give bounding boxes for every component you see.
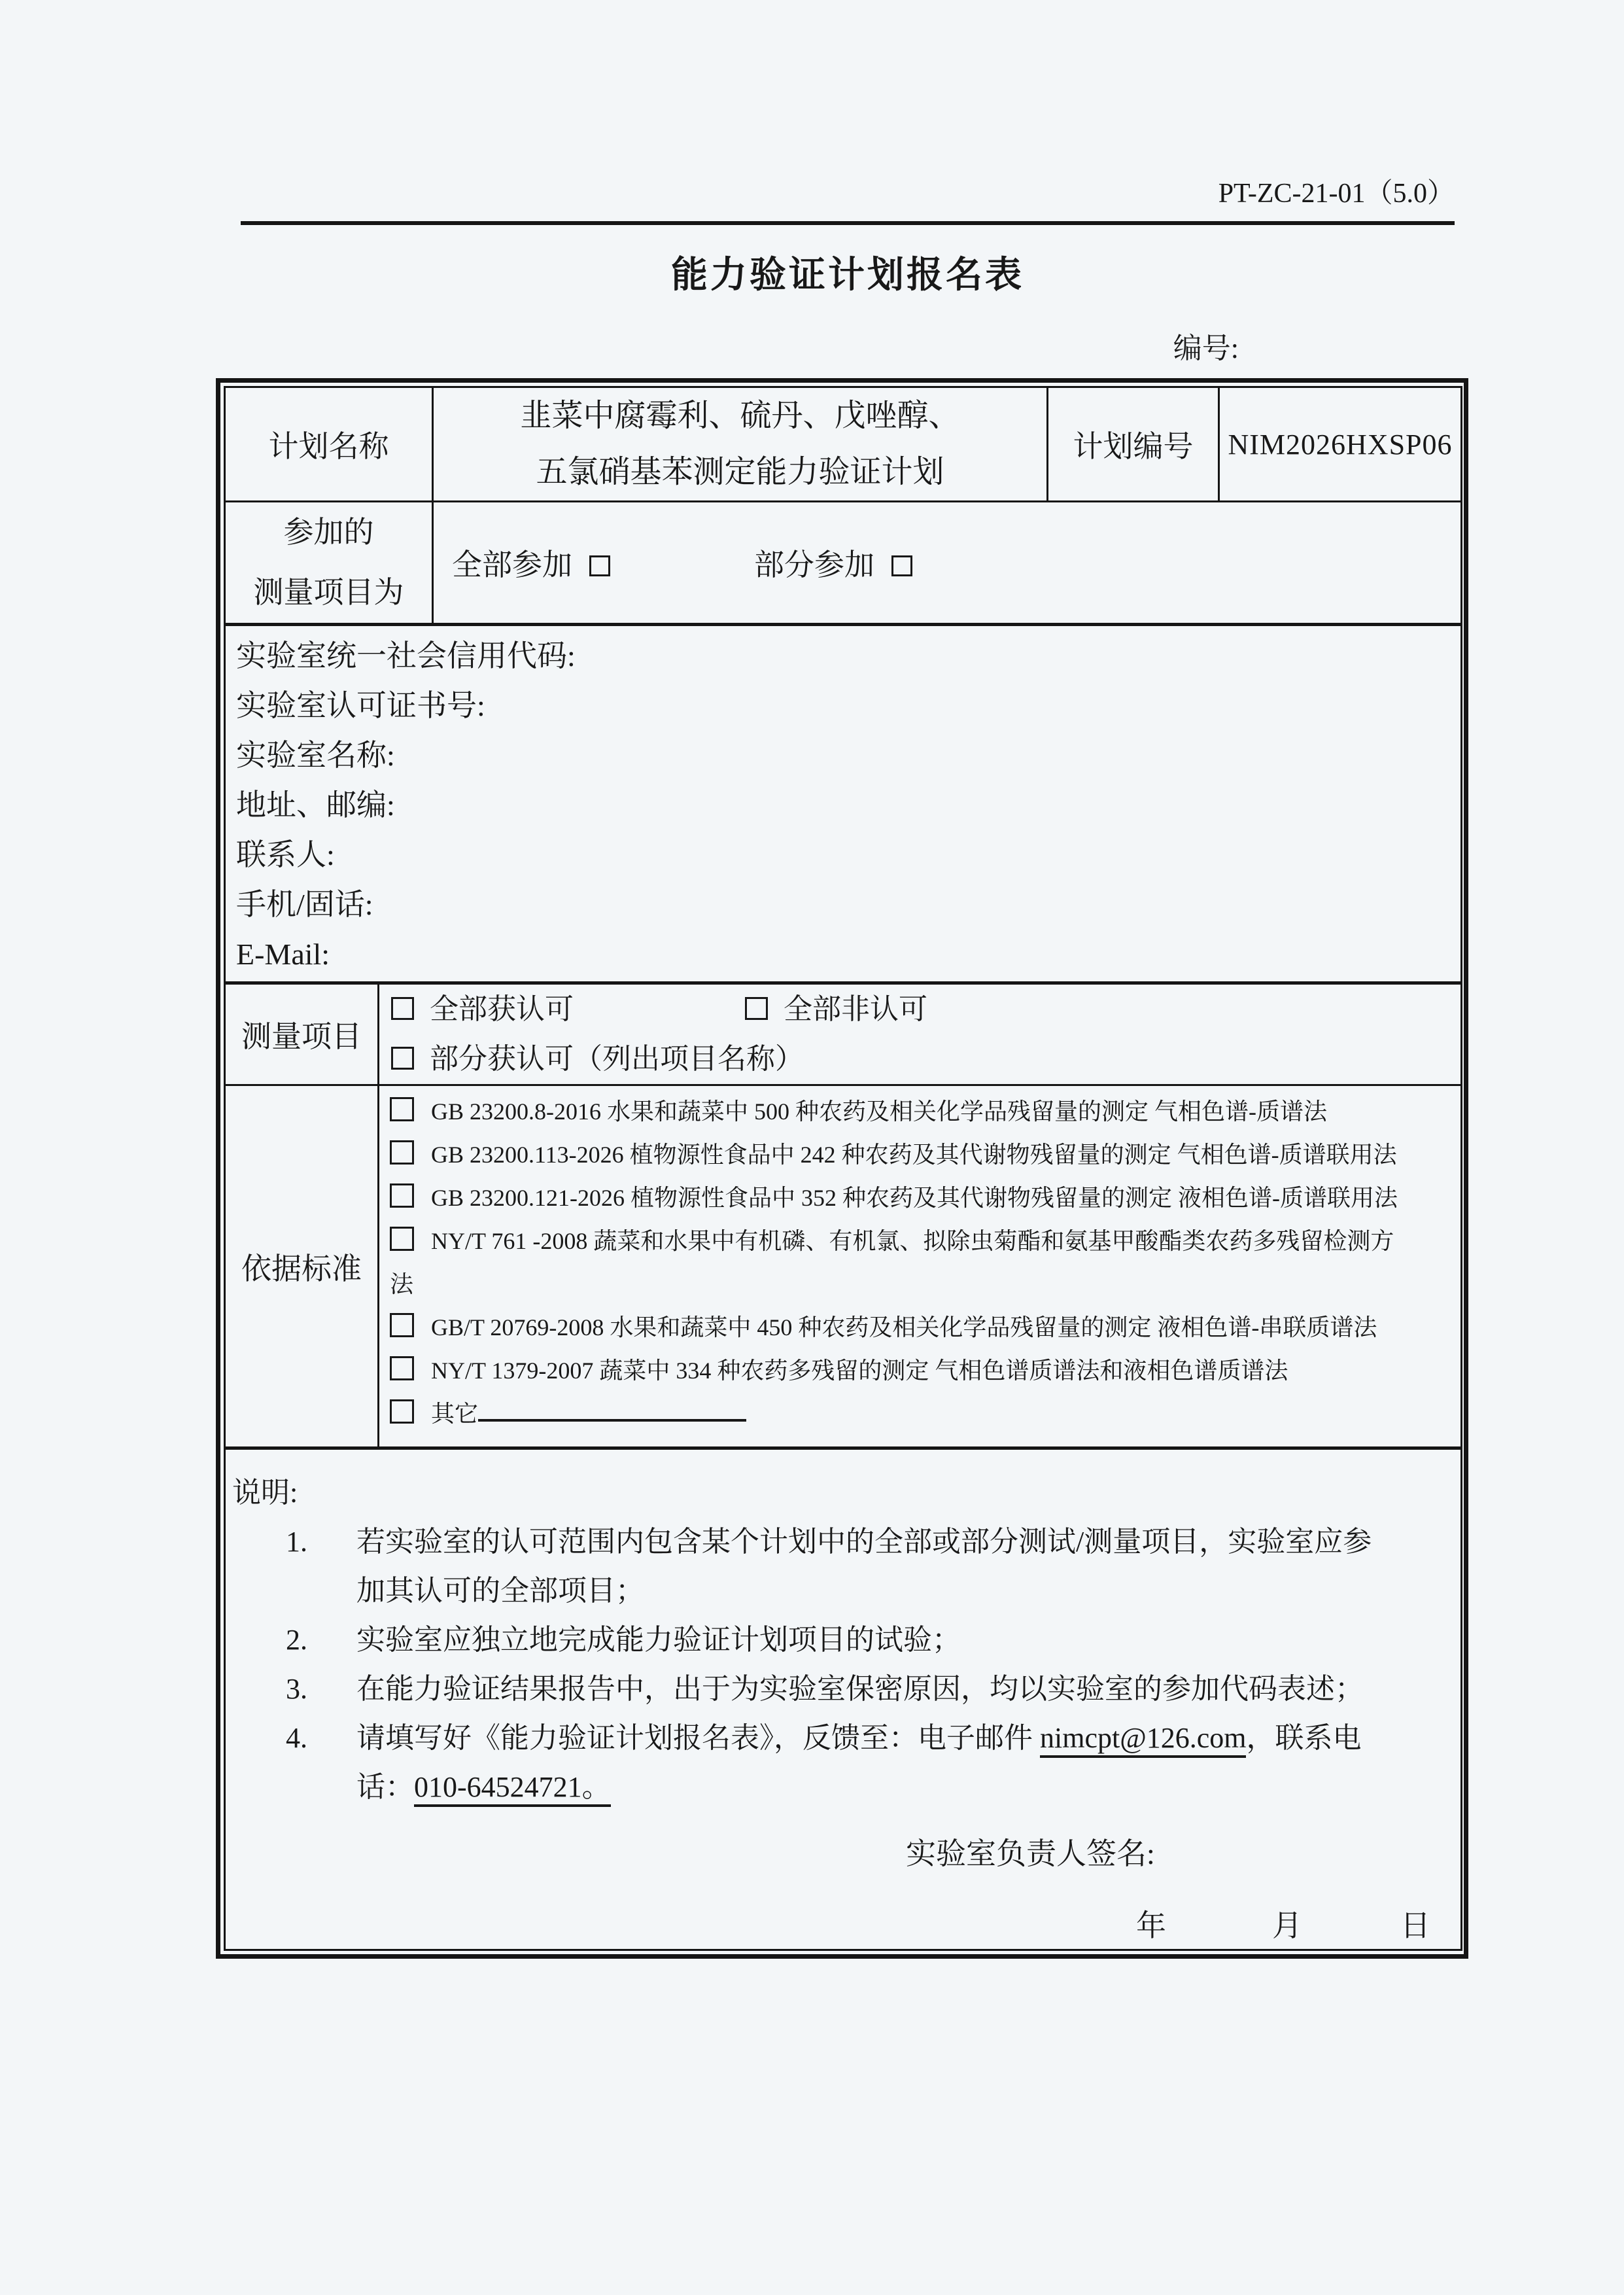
standards-label: 依据标准 xyxy=(225,1085,379,1448)
standard-other-checkbox[interactable] xyxy=(390,1399,414,1424)
participation-label-line1: 参加的 xyxy=(226,502,432,563)
date-year-label: 年 xyxy=(1136,1909,1166,1942)
standard-5-text: GB/T 20769-2008 水果和蔬菜中 450 种农药及相关化学品残留量的… xyxy=(431,1314,1377,1340)
participation-label-line2: 测量项目为 xyxy=(226,563,432,623)
none-accredited-label: 全部非认可 xyxy=(784,993,927,1025)
note-3-text: 在能力验证结果报告中，出于为实验室保密原因，均以实验室的参加代码表述； xyxy=(356,1664,1445,1713)
lab-info-cell: 实验室统一社会信用代码: 实验室认可证书号: 实验室名称: 地址、邮编: 联系人… xyxy=(225,625,1462,983)
note-4-line1: 请填写好《能力验证计划报名表》，反馈至：电子邮件 nimcpt@126.com，… xyxy=(356,1713,1445,1762)
page-title: 能力验证计划报名表 xyxy=(241,246,1455,298)
note-2-text: 实验室应独立地完成能力验证计划项目的试验； xyxy=(356,1615,1445,1664)
note-2-number: 2. xyxy=(286,1615,307,1664)
standard-2-checkbox[interactable] xyxy=(390,1140,414,1165)
plan-number-label: 计划编号 xyxy=(1048,387,1219,502)
standard-4-text-wrap: 法 xyxy=(390,1263,1447,1306)
note-1-line1: 若实验室的认可范围内包含某个计划中的全部或部分测试/测量项目，实验室应参 xyxy=(356,1517,1445,1566)
standard-item: NY/T 761 -2008 蔬菜和水果中有机磷、有机氯、拟除虫菊酯和氨基甲酸酯… xyxy=(390,1219,1447,1263)
none-accredited-option: 全部非认可 xyxy=(745,993,927,1025)
standard-item: GB 23200.121-2026 植物源性食品中 352 种农药及其代谢物残留… xyxy=(390,1176,1447,1219)
note-1-number: 1. xyxy=(286,1517,307,1566)
standard-other-label: 其它 xyxy=(431,1401,478,1427)
standard-4-checkbox[interactable] xyxy=(390,1227,414,1251)
standard-5-checkbox[interactable] xyxy=(390,1313,414,1337)
note-1-line2: 加其认可的全部项目； xyxy=(356,1566,1445,1615)
date-day-label: 日 xyxy=(1400,1909,1430,1942)
participate-all-option: 全部参加 xyxy=(452,541,754,584)
lab-name-field: 实验室名称: xyxy=(236,731,1447,780)
plan-name-label: 计划名称 xyxy=(225,387,433,502)
note-4-line1-post: ，联系电 xyxy=(1246,1722,1361,1754)
participation-label: 参加的 测量项目为 xyxy=(225,502,433,625)
all-accredited-option: 全部获认可 xyxy=(391,985,745,1034)
note-item-1: 1. 若实验室的认可范围内包含某个计划中的全部或部分测试/测量项目，实验室应参 … xyxy=(232,1517,1445,1615)
standard-1-checkbox[interactable] xyxy=(390,1097,414,1121)
note-4-line1-pre: 请填写好《能力验证计划报名表》，反馈至：电子邮件 xyxy=(356,1722,1040,1754)
doc-code: PT-ZC-21-01（5.0） xyxy=(241,171,1455,211)
standard-3-checkbox[interactable] xyxy=(390,1183,414,1208)
participate-partial-label: 部分参加 xyxy=(754,548,874,582)
measurement-items-label: 测量项目 xyxy=(225,983,379,1085)
standard-other-item: 其它 xyxy=(390,1392,1447,1435)
partial-accredited-checkbox[interactable] xyxy=(391,1047,414,1070)
note-item-3: 3. 在能力验证结果报告中，出于为实验室保密原因，均以实验室的参加代码表述； xyxy=(232,1664,1445,1713)
notes-heading: 说明: xyxy=(232,1468,1445,1517)
email-text: nimcpt@126.com xyxy=(1040,1722,1246,1758)
lab-address-field: 地址、邮编: xyxy=(236,780,1447,830)
date-line: 年月日 xyxy=(232,1903,1445,1949)
registration-form-table: 计划名称 韭菜中腐霉利、硫丹、戊唑醇、 五氯硝基苯测定能力验证计划 计划编号 N… xyxy=(216,378,1468,1959)
date-month-label: 月 xyxy=(1272,1909,1302,1942)
standard-6-text: NY/T 1379-2007 蔬菜中 334 种农药多残留的测定 气相色谱质谱法… xyxy=(431,1358,1288,1384)
note-4-line2: 话：010-64524721。 xyxy=(356,1762,1445,1812)
participation-options-cell: 全部参加部分参加 xyxy=(433,502,1462,625)
signature-label: 实验室负责人签名: xyxy=(232,1831,1445,1877)
participate-partial-option: 部分参加 xyxy=(754,541,912,584)
standard-item: GB 23200.113-2026 植物源性食品中 242 种农药及其代谢物残留… xyxy=(390,1133,1447,1176)
phone-text: 010-64524721。 xyxy=(414,1771,611,1807)
lab-accreditation-cert-field: 实验室认可证书号: xyxy=(236,681,1447,731)
plan-name-line2: 五氯硝基苯测定能力验证计划 xyxy=(434,444,1046,500)
standard-item: NY/T 1379-2007 蔬菜中 334 种农药多残留的测定 气相色谱质谱法… xyxy=(390,1349,1447,1392)
none-accredited-checkbox[interactable] xyxy=(745,997,768,1020)
plan-name-line1: 韭菜中腐霉利、硫丹、戊唑醇、 xyxy=(434,388,1046,444)
standard-6-checkbox[interactable] xyxy=(390,1356,414,1380)
plan-name-cell: 韭菜中腐霉利、硫丹、戊唑醇、 五氯硝基苯测定能力验证计划 xyxy=(433,387,1048,502)
standards-list-cell: GB 23200.8-2016 水果和蔬菜中 500 种农药及相关化学品残留量的… xyxy=(379,1085,1462,1448)
standard-4-text: NY/T 761 -2008 蔬菜和水果中有机磷、有机氯、拟除虫菊酯和氨基甲酸酯… xyxy=(431,1228,1394,1254)
notes-cell: 说明: 1. 若实验室的认可范围内包含某个计划中的全部或部分测试/测量项目，实验… xyxy=(225,1448,1462,1950)
number-label: 编号: xyxy=(241,324,1239,366)
participate-all-checkbox[interactable] xyxy=(589,555,610,576)
standard-item: GB/T 20769-2008 水果和蔬菜中 450 种农药及相关化学品残留量的… xyxy=(390,1306,1447,1349)
participate-partial-checkbox[interactable] xyxy=(891,555,912,576)
lab-email-field: E-Mail: xyxy=(236,930,1447,979)
partial-accredited-label: 部分获认可（列出项目名称） xyxy=(430,1043,804,1075)
note-item-4: 4. 请填写好《能力验证计划报名表》，反馈至：电子邮件 nimcpt@126.c… xyxy=(232,1713,1445,1812)
standard-other-blank-line[interactable] xyxy=(478,1393,746,1422)
plan-number-value: NIM2026HXSP06 xyxy=(1219,387,1462,502)
note-4-number: 4. xyxy=(286,1713,307,1762)
standard-2-text: GB 23200.113-2026 植物源性食品中 242 种农药及其代谢物残留… xyxy=(431,1142,1397,1168)
lab-credit-code-field: 实验室统一社会信用代码: xyxy=(236,631,1447,681)
lab-phone-field: 手机/固话: xyxy=(236,880,1447,930)
all-accredited-checkbox[interactable] xyxy=(391,997,414,1020)
note-item-2: 2. 实验室应独立地完成能力验证计划项目的试验； xyxy=(232,1615,1445,1664)
note-4-line2-pre: 话： xyxy=(356,1771,414,1803)
lab-contact-field: 联系人: xyxy=(236,830,1447,880)
measurement-options-cell: 全部获认可全部非认可 部分获认可（列出项目名称） xyxy=(379,983,1462,1085)
all-accredited-label: 全部获认可 xyxy=(430,993,574,1025)
standard-3-text: GB 23200.121-2026 植物源性食品中 352 种农药及其代谢物残留… xyxy=(431,1185,1398,1211)
standard-1-text: GB 23200.8-2016 水果和蔬菜中 500 种农药及相关化学品残留量的… xyxy=(431,1098,1327,1125)
standard-item: GB 23200.8-2016 水果和蔬菜中 500 种农药及相关化学品残留量的… xyxy=(390,1090,1447,1133)
document-page: PT-ZC-21-01（5.0） 能力验证计划报名表 编号: 计划名称 韭菜中腐… xyxy=(0,0,1624,2295)
header-divider-line xyxy=(241,221,1455,225)
participate-all-label: 全部参加 xyxy=(452,548,572,582)
note-3-number: 3. xyxy=(286,1664,307,1713)
